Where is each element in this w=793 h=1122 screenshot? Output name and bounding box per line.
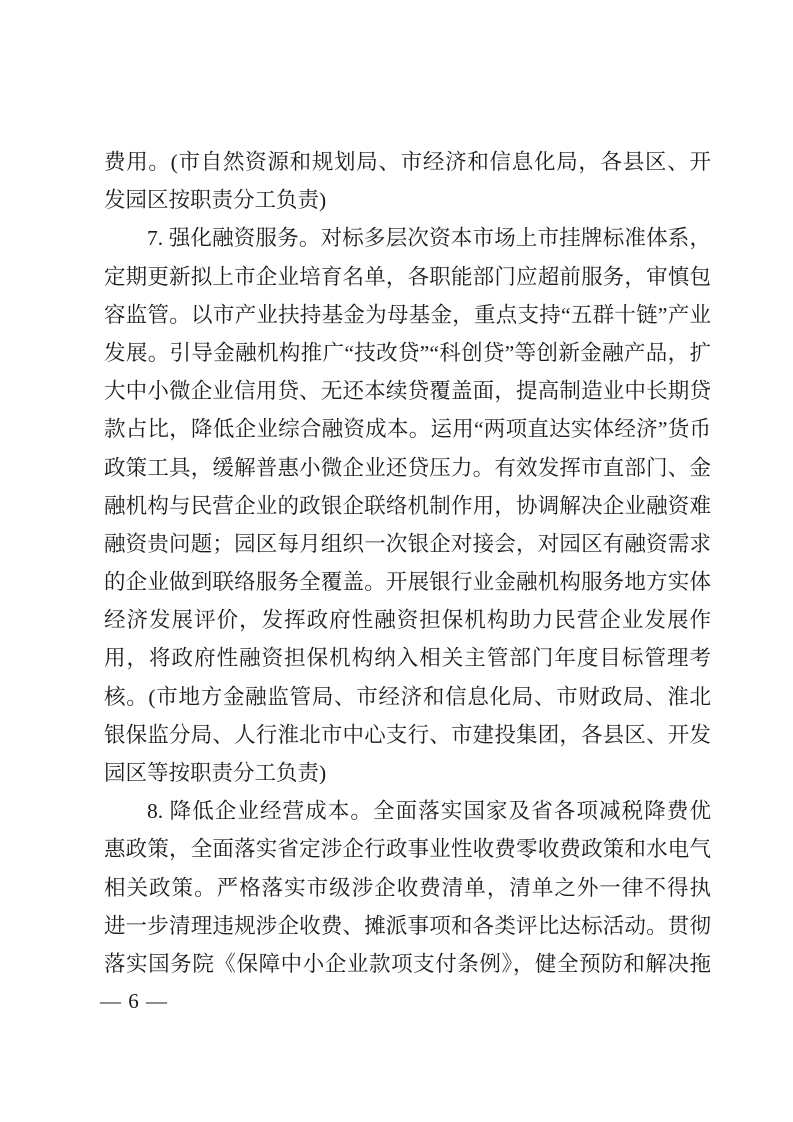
text-line: 进一步清理违规涉企收费、摊派事项和各类评比达标活动。贯彻 xyxy=(104,907,711,945)
text-line: 融资贵问题；园区每月组织一次银企对接会，对园区有融资需求 xyxy=(104,525,711,563)
text-line: 相关政策。严格落实市级涉企收费清单，清单之外一律不得执行。 xyxy=(104,869,711,907)
text-line: 政策工具，缓解普惠小微企业还贷压力。有效发挥市直部门、金 xyxy=(104,449,711,487)
page-number: — 6 — xyxy=(100,986,168,1016)
text-line: 容监管。以市产业扶持基金为母基金，重点支持“五群十链”产业 xyxy=(104,296,711,334)
text-line: 大中小微企业信用贷、无还本续贷覆盖面，提高制造业中长期贷 xyxy=(104,372,711,410)
text-line: 发展。引导金融机构推广“技改贷”“科创贷”等创新金融产品，扩 xyxy=(104,334,711,372)
text-line: 发园区按职责分工负责) xyxy=(104,181,711,219)
text-line: 定期更新拟上市企业培育名单，各职能部门应超前服务，审慎包 xyxy=(104,258,711,296)
text-line: 园区等按职责分工负责) xyxy=(104,754,711,792)
text-line: 银保监分局、人行淮北市中心支行、市建投集团，各县区、开发 xyxy=(104,716,711,754)
text-line: 融机构与民营企业的政银企联络机制作用，协调解决企业融资难 xyxy=(104,487,711,525)
text-line: 的企业做到联络服务全覆盖。开展银行业金融机构服务地方实体 xyxy=(104,563,711,601)
text-line: 费用。(市自然资源和规划局、市经济和信息化局，各县区、开 xyxy=(104,143,711,181)
document-body: 费用。(市自然资源和规划局、市经济和信息化局，各县区、开 发园区按职责分工负责)… xyxy=(104,143,711,983)
text-line-paragraph-start: 8. 降低企业经营成本。全面落实国家及省各项减税降费优 xyxy=(104,792,711,830)
text-line: 经济发展评价，发挥政府性融资担保机构助力民营企业发展作 xyxy=(104,601,711,639)
text-line: 用，将政府性融资担保机构纳入相关主管部门年度目标管理考 xyxy=(104,639,711,677)
text-line: 落实国务院《保障中小企业款项支付条例》，健全预防和解决拖 xyxy=(104,945,711,983)
text-line: 款占比，降低企业综合融资成本。运用“两项直达实体经济”货币 xyxy=(104,410,711,448)
document-page: 费用。(市自然资源和规划局、市经济和信息化局，各县区、开 发园区按职责分工负责)… xyxy=(0,0,793,1122)
text-line: 核。(市地方金融监管局、市经济和信息化局、市财政局、淮北 xyxy=(104,678,711,716)
text-line-paragraph-start: 7. 强化融资服务。对标多层次资本市场上市挂牌标准体系， xyxy=(104,219,711,257)
text-line: 惠政策，全面落实省定涉企行政事业性收费零收费政策和水电气 xyxy=(104,830,711,868)
